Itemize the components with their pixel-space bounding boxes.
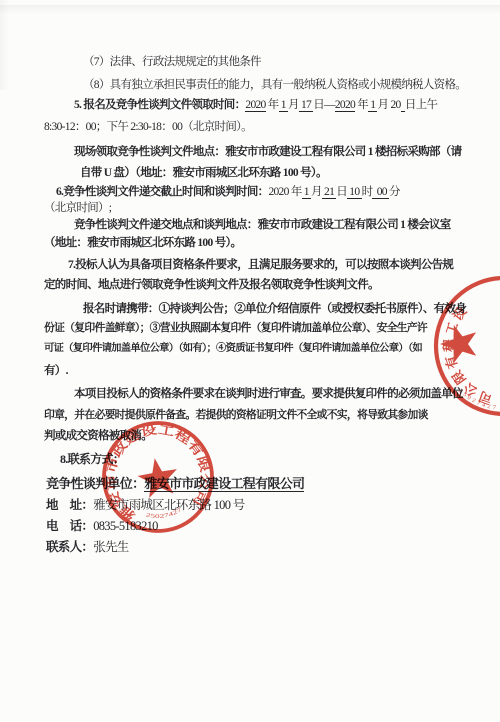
text-segment: 2020 xyxy=(245,99,265,112)
text-segment: 本项目投标人的资格条件要求在谈判时进行审查。要求提供复印件的必须加盖单位 xyxy=(74,388,463,400)
text-line: 7.投标人认为具备项目资格条件要求，且满足服务要求的，可以按照本谈判公告规 xyxy=(68,259,453,273)
svg-text:25027427: 25027427 xyxy=(144,506,184,523)
text-segment: 电 话： xyxy=(46,519,93,533)
text-segment: 可证（复印件请加盖单位公章）（如有）；④资质证书复印件（复印件请加盖单位公章）（… xyxy=(44,343,422,354)
text-segment: 6.竞争性谈判文件递交截止时间和谈判时间： xyxy=(56,186,268,198)
text-line: 本项目投标人的资格条件要求在谈判时进行审查。要求提供复印件的必须加盖单位 xyxy=(74,388,463,402)
text-line: 5. 报名及竞争性谈判文件领取时间：2020 年 1 月 17 日—2020 年… xyxy=(74,99,437,113)
text-segment: 联系人： xyxy=(46,540,93,554)
text-segment: 1 xyxy=(279,99,288,112)
text-segment: 现场领取竞争性谈判文件地点：雅安市市政建设工程有限公司 1 楼招标采购部（请 xyxy=(74,146,461,158)
text-line: （7）法律、行政法规规定的其他条件 xyxy=(83,56,261,70)
text-segment: （北京时间）; xyxy=(44,202,111,214)
seal-char: 限 xyxy=(449,368,469,387)
text-line: 自带 U 盘）（地址：雅安市雨城区北环东路 100 号）。 xyxy=(80,167,327,181)
text-segment: 日上午 xyxy=(405,99,437,111)
text-segment: （7）法律、行政法规规定的其他条件 xyxy=(83,56,261,68)
text-segment: 定的时间、地点进行领取竞争性谈判文件及报名领取竞争性谈判文件。 xyxy=(44,279,379,291)
text-segment: 00 xyxy=(372,186,389,199)
text-line: 现场领取竞争性谈判文件地点：雅安市市政建设工程有限公司 1 楼招标采购部（请 xyxy=(74,146,461,160)
seal-char: 7 xyxy=(492,405,496,411)
text-line: 定的时间、地点进行领取竞争性谈判文件及报名领取竞争性谈判文件。 xyxy=(44,279,379,293)
text-line: 联系人：张先生 xyxy=(46,540,129,555)
text-segment: 月 xyxy=(288,99,299,111)
text-segment: 1 xyxy=(302,186,311,199)
text-segment: 月 xyxy=(311,186,322,198)
text-line: 竞争性谈判文件递交地点和谈判地点：雅安市市政建设工程有限公司 1 楼会议室 xyxy=(74,219,451,233)
company-seal-partial: 设工程有限公司 25027427 xyxy=(408,258,500,434)
document-page: （7）法律、行政法规规定的其他条件（8）具有独立承担民事责任的能力，具有一般纳税… xyxy=(0,0,500,722)
seal-star-icon xyxy=(135,455,181,499)
text-segment: 17 xyxy=(299,99,313,112)
text-segment: 7.投标人认为具备项目资格条件要求，且满足服务要求的，可以按照本谈判公告规 xyxy=(68,259,453,271)
text-line: （地址：雅安市雨城区北环东路 100 号）。 xyxy=(44,237,241,251)
text-line: 8:30-12：00；下午 2:30-18：00（北京时间）。 xyxy=(44,121,252,135)
text-segment: 2020 xyxy=(335,99,355,112)
text-segment: 日 xyxy=(336,186,347,198)
text-line: （8）具有独立承担民事责任的能力，具有一般纳税人资格或小规模纳税人资格。 xyxy=(83,79,466,93)
text-segment: （地址：雅安市雨城区北环东路 100 号）。 xyxy=(44,237,241,249)
text-line: （北京时间）; xyxy=(44,202,111,216)
text-segment: 5. 报名及竞争性谈判文件领取时间： xyxy=(74,99,245,111)
text-segment: 10 xyxy=(347,186,361,199)
seal-char: 程 xyxy=(441,339,456,352)
text-segment: 月 20 xyxy=(377,99,400,111)
text-segment: 有）. xyxy=(44,365,68,377)
text-line: 份证（复印件盖鲜章）；③营业执照副本复印件（复印件请加盖单位公章）、安全生产许 xyxy=(44,322,427,335)
text-segment: 竞争性谈判文件递交地点和谈判地点：雅安市市政建设工程有限公司 1 楼会议室 xyxy=(74,219,451,231)
seal-number: 25027427 xyxy=(144,506,184,523)
text-segment: 8:30-12：00；下午 2:30-18：00（北京时间）。 xyxy=(44,121,252,133)
text-segment: 2020 年 xyxy=(268,186,301,198)
text-line: 有）. xyxy=(44,365,68,379)
text-line: 可证（复印件请加盖单位公章）（如有）；④资质证书复印件（复印件请加盖单位公章）（… xyxy=(44,343,422,355)
text-segment: 时 xyxy=(362,186,373,198)
text-segment: 分 xyxy=(389,186,400,198)
text-segment: 地 址： xyxy=(46,498,93,512)
company-seal-main: 雅安市市政建设工程有限公司 25027427 xyxy=(93,412,223,542)
text-segment: 张先生 xyxy=(93,540,128,554)
text-segment: 份证（复印件盖鲜章）；③营业执照副本复印件（复印件请加盖单位公章）、安全生产许 xyxy=(44,322,427,334)
seal-partial-company-name: 设工程有限公司 xyxy=(441,304,494,407)
text-segment: 日— xyxy=(313,99,335,111)
text-segment: 自带 U 盘）（地址：雅安市雨城区北环东路 100 号）。 xyxy=(80,167,327,179)
text-segment: （8）具有独立承担民事责任的能力，具有一般纳税人资格或小规模纳税人资格。 xyxy=(83,79,466,91)
text-line: 6.竞争性谈判文件递交截止时间和谈判时间：2020 年 1 月 21 日 10 … xyxy=(56,186,400,200)
text-segment: 年 xyxy=(266,99,279,111)
seal-char: 设 xyxy=(450,304,470,323)
seal-main-group: 雅安市市政建设工程有限公司 25027427 xyxy=(94,413,221,540)
text-segment: 年 xyxy=(355,99,368,111)
seal-char: 2 xyxy=(487,404,491,411)
text-segment: 21 xyxy=(322,186,336,199)
